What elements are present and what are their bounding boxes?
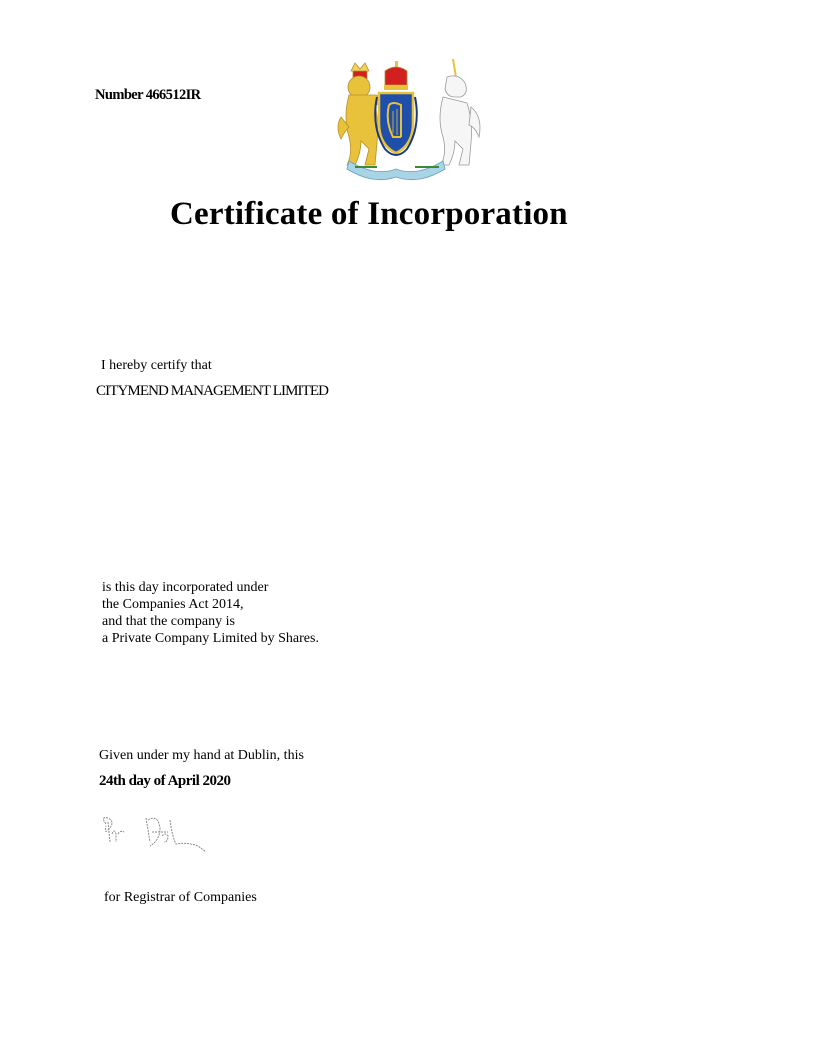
company-name: CITYMEND MANAGEMENT LIMITED [96,383,328,400]
handwritten-signature-icon [98,812,218,858]
certificate-number: Number 466512IR [95,87,201,104]
registrar-label: for Registrar of Companies [104,890,257,906]
statement-line: and that the company is [102,613,319,630]
incorporation-date: 24th day of April 2020 [99,773,231,790]
certify-statement: I hereby certify that [101,358,212,374]
statement-line: is this day incorporated under [102,579,319,596]
page-title: Certificate of Incorporation [170,196,568,233]
statement-line: the Companies Act 2014, [102,596,319,613]
royal-coat-of-arms-icon [335,57,485,182]
given-under-hand-text: Given under my hand at Dublin, this [99,748,304,764]
statement-line: a Private Company Limited by Shares. [102,630,319,647]
incorporation-statement: is this day incorporated under the Compa… [102,579,319,647]
